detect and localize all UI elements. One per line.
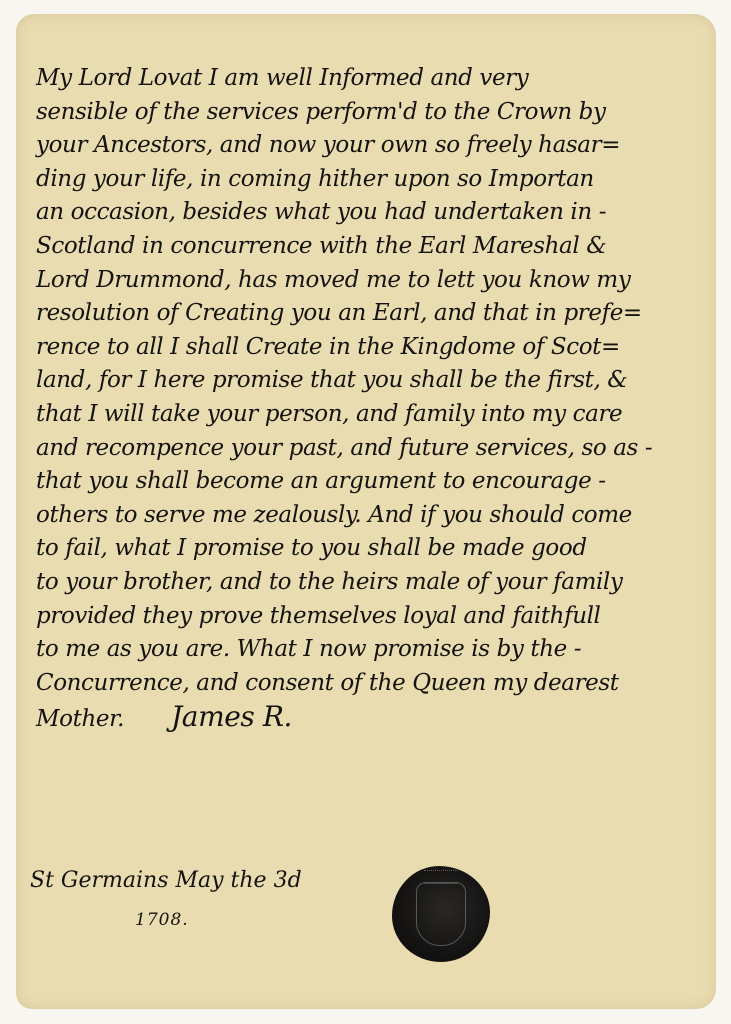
letter-line: provided they prove themselves loyal and… bbox=[36, 600, 716, 634]
wax-seal-icon bbox=[392, 866, 490, 962]
closing-word: Mother. bbox=[36, 706, 124, 732]
letter-line: Scotland in concurrence with the Earl Ma… bbox=[36, 230, 716, 264]
letter-line: Concurrence, and consent of the Queen my… bbox=[36, 667, 716, 701]
letter-line: that you shall become an argument to enc… bbox=[36, 465, 716, 499]
letter-line: to me as you are. What I now promise is … bbox=[36, 633, 716, 667]
letter-line: Lord Drummond, has moved me to lett you … bbox=[36, 264, 716, 298]
letter-line: rence to all I shall Create in the Kingd… bbox=[36, 331, 716, 365]
letter-line: to fail, what I promise to you shall be … bbox=[36, 532, 716, 566]
letter-line: sensible of the services perform'd to th… bbox=[36, 96, 716, 130]
letter-line: your Ancestors, and now your own so free… bbox=[36, 129, 716, 163]
letter-closing-line: Mother. James R. bbox=[36, 700, 716, 734]
letter-body: My Lord Lovat I am well Informed and ver… bbox=[36, 62, 716, 734]
letter-line: My Lord Lovat I am well Informed and ver… bbox=[36, 62, 716, 96]
letter-line: and recompence your past, and future ser… bbox=[36, 432, 716, 466]
letter-line: that I will take your person, and family… bbox=[36, 398, 716, 432]
seal-shield-icon bbox=[416, 882, 466, 946]
letter-line: resolution of Creating you an Earl, and … bbox=[36, 297, 716, 331]
letter-line: an occasion, besides what you had undert… bbox=[36, 196, 716, 230]
letter-line: ding your life, in coming hither upon so… bbox=[36, 163, 716, 197]
letter-line: to your brother, and to the heirs male o… bbox=[36, 566, 716, 600]
signature: James R. bbox=[171, 700, 292, 733]
letter-line: land, for I here promise that you shall … bbox=[36, 364, 716, 398]
letter-line: others to serve me zealously. And if you… bbox=[36, 499, 716, 533]
dateline: St Germains May the 3d bbox=[30, 868, 302, 893]
year: 1708. bbox=[135, 910, 189, 930]
